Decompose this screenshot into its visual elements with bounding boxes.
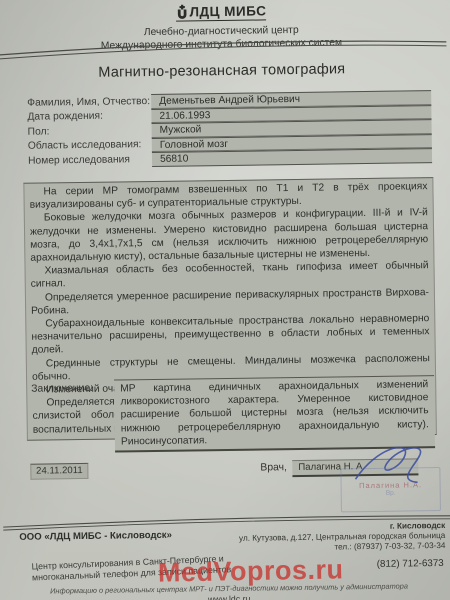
- footer-address-block: г. Кисловодск ул. Кутузова, д.127, Центр…: [205, 521, 445, 554]
- conclusion-label: Заключение:: [31, 383, 93, 395]
- stamp-name: Палагина Н.А.: [359, 480, 422, 490]
- report-date: 24.11.2011: [30, 463, 88, 480]
- document-sheet: ЛДЦ МИБС Лечебно-диагностический центр М…: [0, 0, 450, 600]
- footer-company: ООО «ЛДЦ МИБС - Кисловодск»: [19, 530, 172, 543]
- findings-paragraph: Боковые желудочки мозга обычных размеров…: [30, 207, 429, 265]
- field-label: Номер исследования: [28, 152, 152, 168]
- findings-paragraph: Субарахноидальные конвекситальные простр…: [31, 312, 430, 357]
- patient-fields: Фамилия, Имя, Отчество: Деменьтьев Андре…: [27, 90, 432, 168]
- stamp-sub: Вр.: [342, 489, 440, 497]
- magnet-cross-icon: [175, 4, 187, 19]
- logo-text: ЛДЦ МИБС: [189, 3, 266, 19]
- page-title: Магнитно-резонансная томография: [0, 60, 447, 82]
- clinic-logo: ЛДЦ МИБС: [175, 3, 266, 21]
- field-value: 56810: [152, 148, 432, 166]
- watermark: MedVopros.ru: [158, 554, 344, 588]
- doctor-label: Врач,: [260, 462, 287, 473]
- doctor-stamp: Палагина Н.А. Вр.: [340, 467, 441, 512]
- spb-phone: (812) 712-6373: [377, 558, 444, 570]
